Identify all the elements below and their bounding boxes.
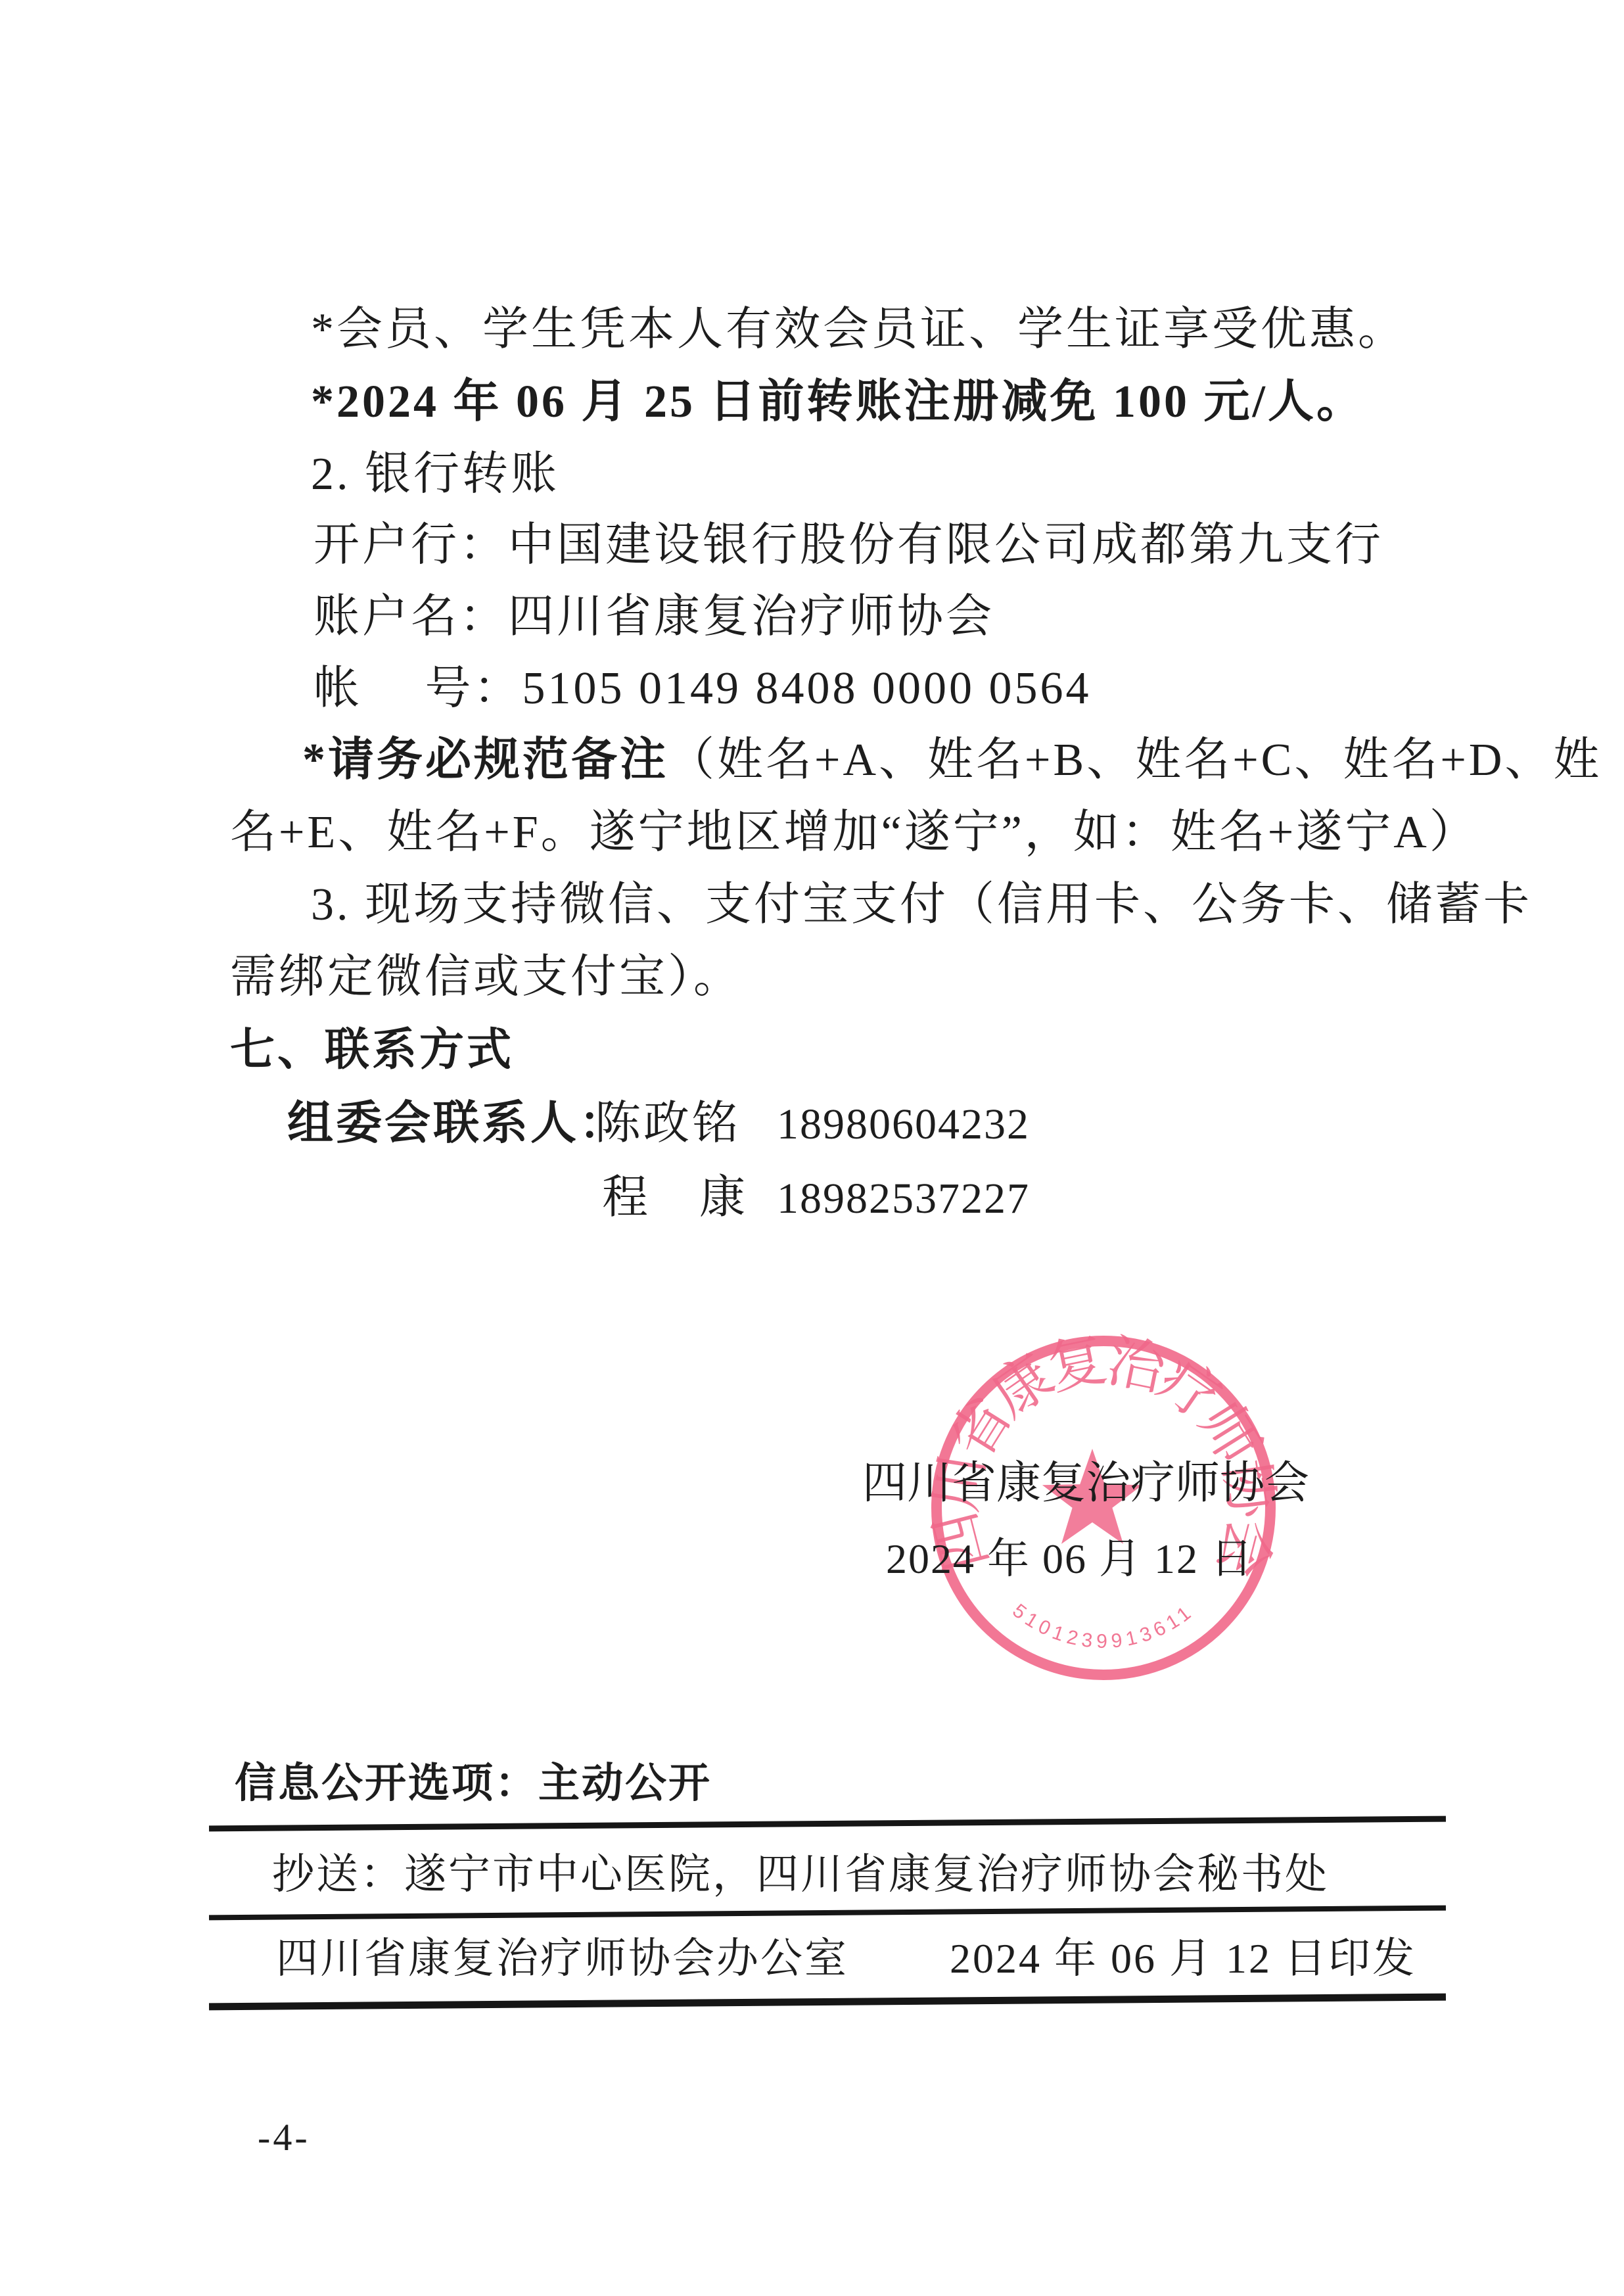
footer-rule-3 <box>209 1994 1446 2011</box>
contact1-phone: 18980604232 <box>777 1103 1030 1146</box>
remark-line-2: 名+E、姓名+F。遂宁地区增加“遂宁”，如：姓名+遂宁A） <box>230 810 1478 856</box>
item-onsite-pay-line-2: 需绑定微信或支付宝）。 <box>230 954 742 1000</box>
contact2-name: 程 康 <box>602 1175 748 1221</box>
issue-date: 2024 年 06 月 12 日印发 <box>950 1938 1416 1980</box>
page-number: -4- <box>258 2115 310 2159</box>
disclosure-option-line: 信息公开选项：主动公开 <box>235 1763 712 1804</box>
item-onsite-pay-line-1: 3. 现场支持微信、支付宝支付（信用卡、公务卡、储蓄卡 <box>311 882 1532 928</box>
contact2-phone: 18982537227 <box>777 1177 1030 1221</box>
item-bank-transfer-heading: 2. 银行转账 <box>311 452 559 498</box>
footer-rule-1 <box>209 1816 1446 1832</box>
section-contact-heading: 七、联系方式 <box>230 1027 514 1072</box>
account-name-line: 账户名：四川省康复治疗师协会 <box>313 594 994 640</box>
seal-code-text: 5101239913611 <box>1008 1600 1198 1652</box>
notice-member-line: *会员、学生凭本人有效会员证、学生证享受优惠。 <box>311 307 1406 353</box>
contact-committee-label: 组委会联系人： <box>287 1101 628 1147</box>
signature-org: 四川省康复治疗师协会 <box>862 1461 1309 1505</box>
notice-discount-line: *2024 年 06 月 25 日前转账注册减免 100 元/人。 <box>311 379 1365 425</box>
account-number-line: 帐 号：5105 0149 8408 0000 0564 <box>313 666 1092 712</box>
contact1-name: 陈政铭 <box>595 1101 741 1147</box>
bank-name-line: 开户行：中国建设银行股份有限公司成都第九支行 <box>313 523 1383 569</box>
signature-date: 2024 年 06 月 12 日 <box>886 1538 1254 1580</box>
remark-bold-prefix: *请务必规范备注 <box>302 735 668 785</box>
remark-rest: （姓名+A、姓名+B、姓名+C、姓名+D、姓 <box>668 735 1602 785</box>
remark-line-1: *请务必规范备注（姓名+A、姓名+B、姓名+C、姓名+D、姓 <box>302 738 1602 784</box>
cc-line: 抄送：遂宁市中心医院，四川省康复治疗师协会秘书处 <box>272 1854 1329 1896</box>
official-seal: 四川省康复治疗师协会 5101239913611 <box>920 1332 1288 1700</box>
document-page: *会员、学生凭本人有效会员证、学生证享受优惠。 *2024 年 06 月 25 … <box>0 0 1624 2296</box>
issuer-office: 四川省康复治疗师协会办公室 <box>276 1938 848 1980</box>
footer-rule-2 <box>209 1906 1446 1921</box>
